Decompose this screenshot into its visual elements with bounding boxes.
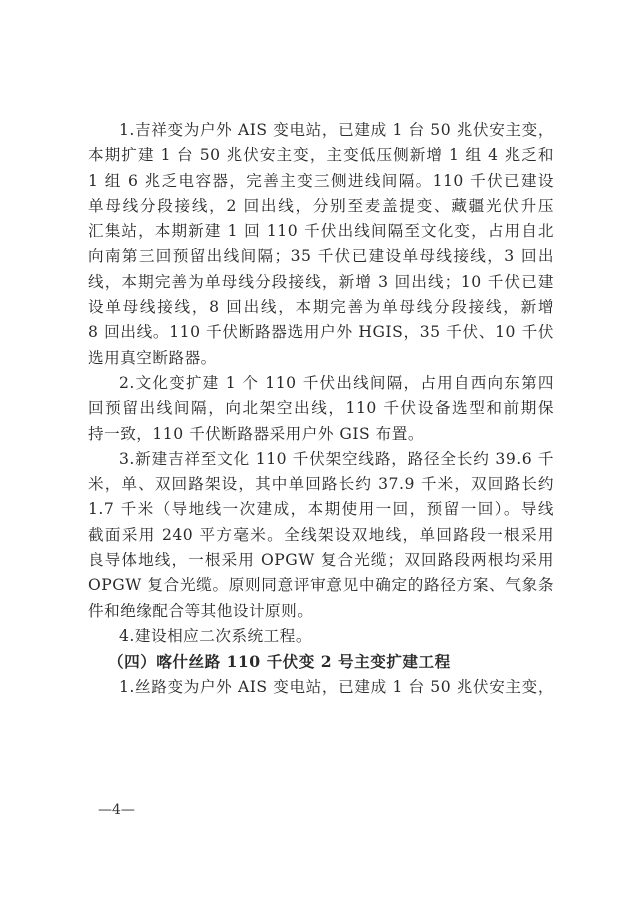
- paragraph-1-line-4: 单母线分段接线，2 回出线，分别至麦盖提变、藏疆光伏升压: [88, 194, 554, 219]
- paragraph-3-line-5: 良导体地线，一根采用 OPGW 复合光缆；双回路段两根均采用: [88, 548, 554, 573]
- paragraph-1-line-2: 本期扩建 1 台 50 兆伏安主变，主变低压侧新增 1 组 4 兆乏和: [88, 143, 554, 168]
- document-page: 1.吉祥变为户外 AIS 变电站，已建成 1 台 50 兆伏安主变， 本期扩建 …: [0, 0, 634, 897]
- section-heading-4: （四）喀什丝路 110 千伏变 2 号主变扩建工程: [88, 649, 554, 674]
- paragraph-2-line-2: 回预留出线间隔，向北架空出线，110 千伏设备选型和前期保: [88, 396, 554, 421]
- paragraph-2-line-3: 持一致，110 千伏断路器采用户外 GIS 布置。: [88, 422, 554, 447]
- paragraph-1-line-1: 1.吉祥变为户外 AIS 变电站，已建成 1 台 50 兆伏安主变，: [88, 118, 554, 143]
- paragraph-1-line-5: 汇集站，本期新建 1 回 110 千伏出线间隔至文化变，占用自北: [88, 219, 554, 244]
- paragraph-3-line-7: 件和绝缘配合等其他设计原则。: [88, 599, 554, 624]
- paragraph-3-line-6: OPGW 复合光缆。原则同意评审意见中确定的路径方案、气象条: [88, 573, 554, 598]
- paragraph-2-line-1: 2.文化变扩建 1 个 110 千伏出线间隔，占用自西向东第四: [88, 371, 554, 396]
- paragraph-1-line-3: 1 组 6 兆乏电容器，完善主变三侧进线间隔。110 千伏已建设: [88, 169, 554, 194]
- paragraph-1-line-7: 线，本期完善为单母线分段接线，新增 3 回出线；10 千伏已建: [88, 270, 554, 295]
- paragraph-5-line-1: 1.丝路变为户外 AIS 变电站，已建成 1 台 50 兆伏安主变，: [88, 675, 554, 700]
- paragraph-1-line-6: 向南第三回预留出线间隔；35 千伏已建设单母线接线，3 回出: [88, 244, 554, 269]
- paragraph-1-line-10: 选用真空断路器。: [88, 346, 554, 371]
- paragraph-3-line-3: 1.7 千米（导地线一次建成，本期使用一回，预留一回）。导线: [88, 497, 554, 522]
- paragraph-3-line-1: 3.新建吉祥至文化 110 千伏架空线路，路径全长约 39.6 千: [88, 447, 554, 472]
- paragraph-1-line-9: 8 回出线。110 千伏断路器选用户外 HGIS，35 千伏、10 千伏: [88, 320, 554, 345]
- paragraph-1-line-8: 设单母线接线，8 回出线，本期完善为单母线分段接线，新增: [88, 295, 554, 320]
- document-body: 1.吉祥变为户外 AIS 变电站，已建成 1 台 50 兆伏安主变， 本期扩建 …: [88, 118, 554, 700]
- page-number: —4—: [98, 802, 135, 818]
- paragraph-4-line-1: 4.建设相应二次系统工程。: [88, 624, 554, 649]
- paragraph-3-line-4: 截面采用 240 平方毫米。全线架设双地线，单回路段一根采用: [88, 523, 554, 548]
- paragraph-3-line-2: 米，单、双回路架设，其中单回路长约 37.9 千米，双回路长约: [88, 472, 554, 497]
